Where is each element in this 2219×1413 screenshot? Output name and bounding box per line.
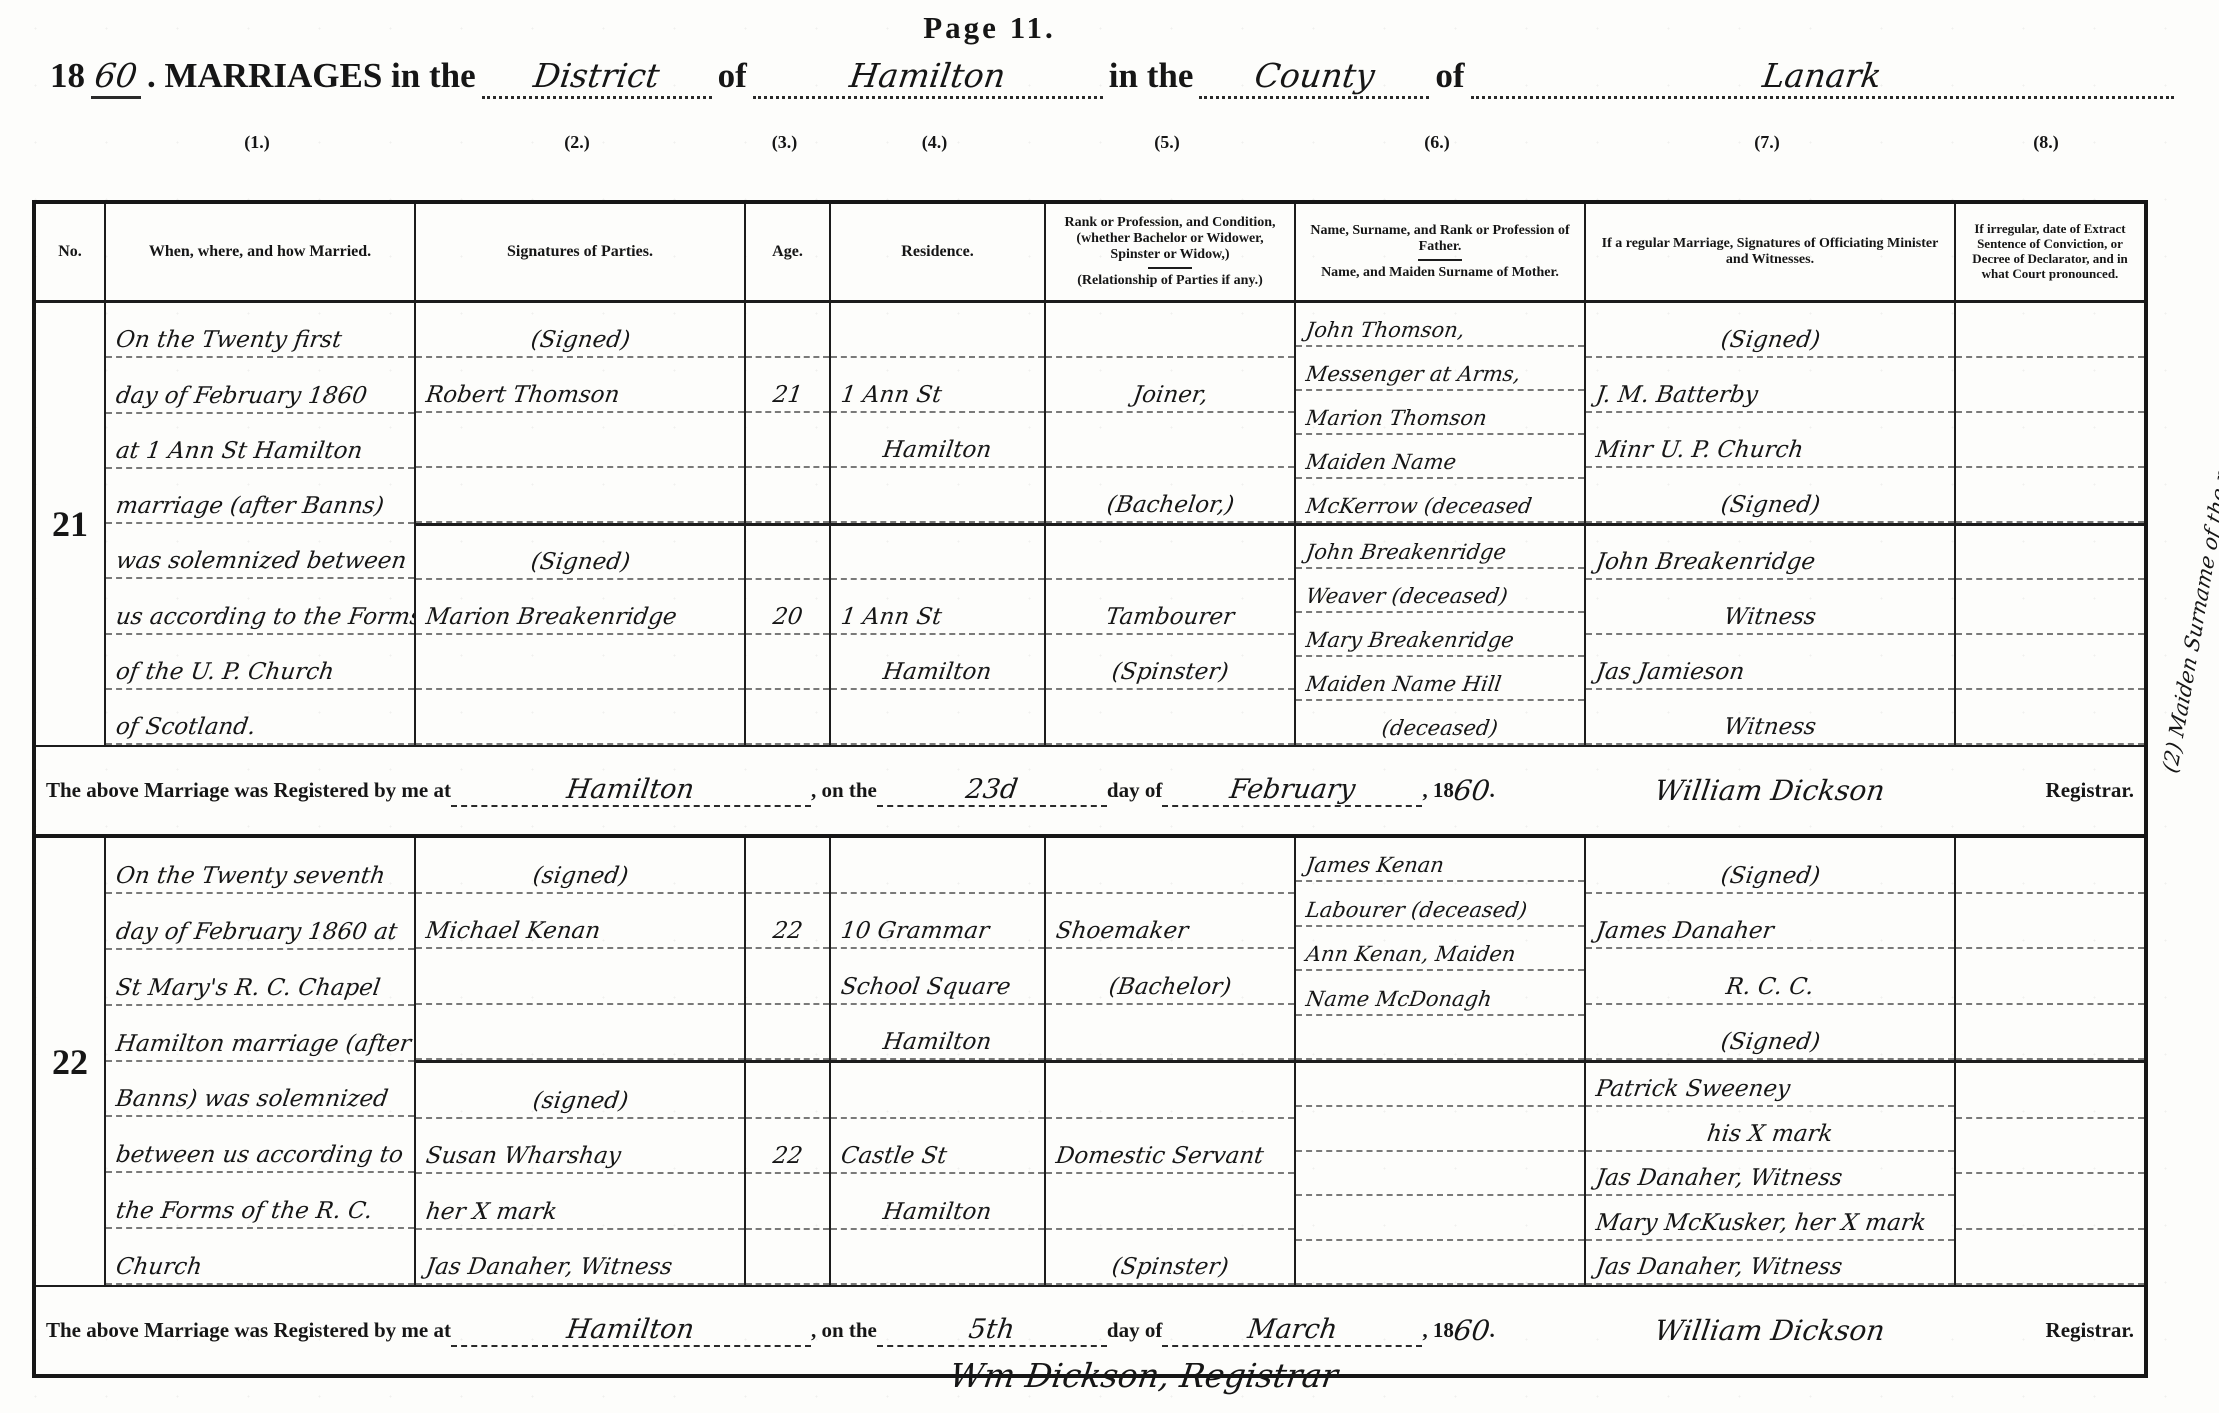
- ruled-line: 21: [746, 358, 829, 413]
- irregular-group: [1956, 523, 2144, 746]
- ruled-line: [1956, 1230, 2144, 1286]
- ruled-line: [1046, 690, 1294, 745]
- irregular-group: [1956, 1060, 2144, 1285]
- registrar-label: Registrar.: [2046, 778, 2134, 803]
- ruled-line: [746, 949, 829, 1005]
- ruled-line: (Signed): [416, 303, 744, 358]
- registered-year-prefix: , 18: [1422, 1318, 1454, 1343]
- signatures-cell: (signed) Michael Kenan (signed) Susan Wh…: [416, 838, 746, 1285]
- bride-age-group: 20: [746, 523, 829, 746]
- page-number-label: Page 11.: [0, 10, 1979, 46]
- groom-age-group: 22: [746, 838, 829, 1060]
- bride-rank-group: Tambourer (Spinster): [1046, 523, 1294, 746]
- title-year-handwritten: 60: [92, 56, 139, 95]
- registration-line-21: The above Marriage was Registered by me …: [36, 745, 2144, 838]
- ruled-line: the Forms of the R. C.: [106, 1173, 414, 1229]
- parents-cell: James Kenan Labourer (deceased) Ann Kena…: [1296, 838, 1586, 1285]
- ruled-line: [831, 303, 1044, 358]
- ruled-line: Hamilton: [831, 413, 1044, 468]
- title-county-name-handwritten: Lanark: [1760, 56, 1884, 95]
- header-residence: Residence.: [831, 204, 1046, 300]
- ruled-line: On the Twenty first: [106, 303, 414, 358]
- ruled-line: us according to the Forms: [106, 579, 414, 634]
- ruled-line: his X mark: [1586, 1107, 1954, 1151]
- ruled-line: [1956, 580, 2144, 635]
- title-marriages: . MARRIAGES in the: [141, 56, 482, 96]
- footer-registrar-signature: Wm Dickson, Registrar: [950, 1356, 1338, 1396]
- ruled-line: Castle St: [831, 1119, 1044, 1175]
- ruled-line: Hamilton: [831, 635, 1044, 690]
- ruled-line: (signed): [416, 1063, 744, 1119]
- ruled-line: [746, 468, 829, 523]
- registered-year-handwritten: 60: [1452, 1314, 1492, 1347]
- ruled-line: Witness: [1586, 580, 1954, 635]
- registered-day-handwritten: 23d: [964, 774, 1020, 805]
- registered-day-handwritten: 5th: [967, 1314, 1017, 1345]
- ruled-line: 22: [746, 1119, 829, 1175]
- ruled-line: was solemnized between: [106, 524, 414, 579]
- ruled-line: (Signed): [1586, 1005, 1954, 1061]
- ruled-line: [416, 635, 744, 690]
- colnum-7: (7.): [1582, 132, 1952, 153]
- ruled-line: Mary Breakenridge: [1296, 613, 1584, 657]
- registered-year-prefix: , 18: [1422, 778, 1454, 803]
- ruled-line: Hamilton marriage (after: [106, 1006, 414, 1062]
- ruled-line: Jas Jamieson: [1586, 635, 1954, 690]
- ruled-line: [831, 690, 1044, 745]
- ruled-line: Michael Kenan: [416, 894, 744, 950]
- ruled-line: [1046, 526, 1294, 581]
- residence-cell: 10 Grammar School Square Hamilton Castle…: [831, 838, 1046, 1285]
- title-year-prefix: 18: [44, 56, 91, 96]
- header-signatures: Signatures of Parties.: [416, 204, 746, 300]
- marriage-register-table: No. When, where, and how Married. Signat…: [32, 200, 2148, 1378]
- ruled-line: (signed): [416, 838, 744, 894]
- header-irregular: If irregular, date of Extract Sentence o…: [1956, 204, 2144, 300]
- minister-witnesses-cell: (Signed) James Danaher R. C. C. (Signed)…: [1586, 838, 1956, 1285]
- irregular-group: [1956, 303, 2144, 523]
- ruled-line: James Danaher: [1586, 894, 1954, 950]
- ruled-line: [1296, 1241, 1584, 1285]
- registered-place-handwritten: Hamilton: [565, 1314, 696, 1345]
- irregular-cell: [1956, 838, 2144, 1285]
- ruled-line: [1956, 413, 2144, 468]
- ruled-line: at 1 Ann St Hamilton: [106, 414, 414, 469]
- entry-row-22: 22 On the Twenty seventh day of February…: [36, 838, 2144, 1285]
- ruled-line: McKerrow (deceased: [1296, 479, 1584, 523]
- bride-parents-group: John Breakenridge Weaver (deceased) Mary…: [1296, 523, 1584, 746]
- colnum-5: (5.): [1042, 132, 1292, 153]
- ruled-line: [1956, 949, 2144, 1005]
- ruled-line: [831, 838, 1044, 894]
- title-district-handwritten: District: [531, 56, 662, 95]
- irregular-group: [1956, 838, 2144, 1060]
- ruled-line: Domestic Servant: [1046, 1119, 1294, 1175]
- colnum-1: (1.): [102, 132, 412, 153]
- ruled-line: [1296, 1063, 1584, 1107]
- ruled-line: Tambourer: [1046, 580, 1294, 635]
- ruled-line: [1296, 1196, 1584, 1240]
- ruled-line: Susan Wharshay: [416, 1119, 744, 1175]
- ruled-line: 22: [746, 894, 829, 950]
- ruled-line: [1046, 1063, 1294, 1119]
- rank-profession-cell: Joiner, (Bachelor,) Tambourer (Spinster): [1046, 303, 1296, 745]
- header-rank: Rank or Profession, and Condition, (whet…: [1046, 204, 1296, 300]
- ruled-line: J. M. Batterby: [1586, 358, 1954, 413]
- ruled-line: Maiden Name Hill: [1296, 657, 1584, 701]
- ruled-line: (Signed): [1586, 838, 1954, 894]
- ruled-line: between us according to: [106, 1117, 414, 1173]
- ruled-line: School Square: [831, 949, 1044, 1005]
- ruled-line: 10 Grammar: [831, 894, 1044, 950]
- witnesses-group: John Breakenridge Witness Jas Jamieson W…: [1586, 523, 1954, 746]
- registered-month-handwritten: March: [1246, 1314, 1340, 1345]
- ruled-line: [416, 413, 744, 468]
- header-when: When, where, and how Married.: [106, 204, 416, 300]
- colnum-spacer: [32, 132, 102, 153]
- ruled-line: Hamilton: [831, 1174, 1044, 1230]
- margin-annotation: (2) Maiden Surname of the mother Watt: [2158, 349, 2219, 774]
- ruled-line: Marion Breakenridge: [416, 580, 744, 635]
- ruled-line: John Thomson,: [1296, 303, 1584, 347]
- ruled-line: Messenger at Arms,: [1296, 347, 1584, 391]
- groom-residence-group: 1 Ann St Hamilton: [831, 303, 1044, 523]
- ruled-line: [746, 1230, 829, 1286]
- ruled-line: [1956, 838, 2144, 894]
- ruled-line: [1296, 1016, 1584, 1060]
- bride-rank-group: Domestic Servant (Spinster): [1046, 1060, 1294, 1285]
- when-where-cell: On the Twenty seventh day of February 18…: [106, 838, 416, 1285]
- parents-cell: John Thomson, Messenger at Arms, Marion …: [1296, 303, 1586, 745]
- header-parents: Name, Surname, and Rank or Profession of…: [1296, 204, 1586, 300]
- ruled-line: [1046, 303, 1294, 358]
- bride-signature-group: (signed) Susan Wharshay her X mark Jas D…: [416, 1060, 744, 1285]
- ruled-line: [746, 1005, 829, 1061]
- ruled-line: [831, 1063, 1044, 1119]
- ruled-line: [416, 690, 744, 745]
- ruled-line: [1956, 303, 2144, 358]
- ruled-line: Name McDonagh: [1296, 971, 1584, 1015]
- ruled-line: Weaver (deceased): [1296, 569, 1584, 613]
- ruled-line: (Signed): [1586, 468, 1954, 523]
- ruled-line: Hamilton: [831, 1005, 1044, 1061]
- ruled-line: (Bachelor,): [1046, 468, 1294, 523]
- ruled-line: day of February 1860 at: [106, 894, 414, 950]
- registrar-signature-handwritten: William Dickson: [1653, 774, 1887, 807]
- ruled-line: Minr U. P. Church: [1586, 413, 1954, 468]
- registered-prefix: The above Marriage was Registered by me …: [46, 778, 451, 803]
- minister-group: (Signed) James Danaher R. C. C. (Signed): [1586, 838, 1954, 1060]
- ruled-line: Jas Danaher, Witness: [416, 1230, 744, 1286]
- ruled-line: [1956, 468, 2144, 523]
- bride-residence-group: 1 Ann St Hamilton: [831, 523, 1044, 746]
- ruled-line: [416, 1005, 744, 1061]
- ruled-line: Jas Danaher, Witness: [1586, 1241, 1954, 1285]
- registered-year-handwritten: 60: [1452, 774, 1492, 807]
- column-number-row: (1.) (2.) (3.) (4.) (5.) (6.) (7.) (8.): [32, 132, 2140, 153]
- ruled-line: [1046, 1174, 1294, 1230]
- title-place-handwritten: Hamilton: [847, 56, 1008, 95]
- registrar-label: Registrar.: [2046, 1318, 2134, 1343]
- ruled-line: [831, 468, 1044, 523]
- ruled-line: 1 Ann St: [831, 580, 1044, 635]
- bride-residence-group: Castle St Hamilton: [831, 1060, 1044, 1285]
- ruled-line: 20: [746, 580, 829, 635]
- ruled-line: Maiden Name: [1296, 435, 1584, 479]
- ruled-line: [1956, 1119, 2144, 1175]
- ruled-line: Shoemaker: [1046, 894, 1294, 950]
- ruled-line: St Mary's R. C. Chapel: [106, 950, 414, 1006]
- ruled-line: [831, 1230, 1044, 1286]
- groom-age-group: 21: [746, 303, 829, 523]
- groom-parents-group: John Thomson, Messenger at Arms, Marion …: [1296, 303, 1584, 523]
- groom-rank-group: Shoemaker (Bachelor): [1046, 838, 1294, 1060]
- ruled-line: [1956, 894, 2144, 950]
- ruled-line: marriage (after Banns): [106, 469, 414, 524]
- ruled-line: Robert Thomson: [416, 358, 744, 413]
- header-divider-dash: [1148, 267, 1192, 269]
- residence-cell: 1 Ann St Hamilton 1 Ann St Hamilton: [831, 303, 1046, 745]
- groom-residence-group: 10 Grammar School Square Hamilton: [831, 838, 1044, 1060]
- ruled-line: of the U. P. Church: [106, 635, 414, 690]
- ruled-line: [416, 949, 744, 1005]
- ruled-line: [746, 1174, 829, 1230]
- ruled-line: Church: [106, 1229, 414, 1285]
- colnum-6: (6.): [1292, 132, 1582, 153]
- ruled-line: [746, 838, 829, 894]
- page-title: 18 60 . MARRIAGES in the District of Ham…: [44, 56, 2174, 99]
- ruled-line: Labourer (deceased): [1296, 882, 1584, 926]
- minister-witnesses-cell: (Signed) J. M. Batterby Minr U. P. Churc…: [1586, 303, 1956, 745]
- title-in-the: in the: [1103, 56, 1200, 96]
- registered-on-the: , on the: [811, 1318, 877, 1343]
- colnum-2: (2.): [412, 132, 742, 153]
- table-header-row: No. When, where, and how Married. Signat…: [36, 204, 2144, 303]
- ruled-line: Mary McKusker, her X mark: [1586, 1196, 1954, 1240]
- registrar-signature-handwritten: William Dickson: [1653, 1314, 1887, 1347]
- ruled-line: [1046, 413, 1294, 468]
- entry-number: 21: [36, 303, 106, 745]
- bride-parents-group: [1296, 1060, 1584, 1285]
- ruled-line: [831, 526, 1044, 581]
- registered-place-handwritten: Hamilton: [565, 774, 696, 805]
- registered-prefix: The above Marriage was Registered by me …: [46, 1318, 451, 1343]
- ruled-line: John Breakenridge: [1586, 526, 1954, 581]
- title-of-2: of: [1429, 56, 1470, 96]
- rank-profession-cell: Shoemaker (Bachelor) Domestic Servant (S…: [1046, 838, 1296, 1285]
- ruled-line: [746, 526, 829, 581]
- age-cell: 22 22: [746, 838, 831, 1285]
- colnum-4: (4.): [827, 132, 1042, 153]
- ruled-line: her X mark: [416, 1174, 744, 1230]
- colnum-3: (3.): [742, 132, 827, 153]
- ruled-line: (Signed): [1586, 303, 1954, 358]
- when-where-cell: On the Twenty first day of February 1860…: [106, 303, 416, 745]
- bride-age-group: 22: [746, 1060, 829, 1285]
- header-minister: If a regular Marriage, Signatures of Off…: [1586, 204, 1956, 300]
- ruled-line: (Spinster): [1046, 1230, 1294, 1286]
- ruled-line: Banns) was solemnized: [106, 1062, 414, 1118]
- entry-row-21: 21 On the Twenty first day of February 1…: [36, 303, 2144, 745]
- ruled-line: [746, 1063, 829, 1119]
- ruled-line: [1296, 1107, 1584, 1151]
- groom-signature-group: (Signed) Robert Thomson: [416, 303, 744, 523]
- register-page: Page 11. 18 60 . MARRIAGES in the Distri…: [0, 0, 2219, 1413]
- ruled-line: Marion Thomson: [1296, 391, 1584, 435]
- ruled-line: [746, 690, 829, 745]
- ruled-line: Witness: [1586, 690, 1954, 745]
- ruled-line: [1296, 1152, 1584, 1196]
- registered-month-handwritten: February: [1228, 774, 1357, 805]
- groom-rank-group: Joiner, (Bachelor,): [1046, 303, 1294, 523]
- ruled-line: Jas Danaher, Witness: [1586, 1152, 1954, 1196]
- groom-signature-group: (signed) Michael Kenan: [416, 838, 744, 1060]
- ruled-line: R. C. C.: [1586, 949, 1954, 1005]
- ruled-line: (deceased): [1296, 701, 1584, 745]
- ruled-line: (Spinster): [1046, 635, 1294, 690]
- ruled-line: (Signed): [416, 526, 744, 581]
- registered-day-of: day of: [1107, 778, 1162, 803]
- entry-number: 22: [36, 838, 106, 1285]
- age-cell: 21 20: [746, 303, 831, 745]
- ruled-line: [1956, 1005, 2144, 1061]
- ruled-line: 1 Ann St: [831, 358, 1044, 413]
- ruled-line: [1956, 635, 2144, 690]
- ruled-line: Patrick Sweeney: [1586, 1063, 1954, 1107]
- ruled-line: [1046, 1005, 1294, 1061]
- ruled-line: [1956, 526, 2144, 581]
- ruled-line: (Bachelor): [1046, 949, 1294, 1005]
- ruled-line: day of February 1860: [106, 358, 414, 413]
- bride-signature-group: (Signed) Marion Breakenridge: [416, 523, 744, 746]
- ruled-line: Ann Kenan, Maiden: [1296, 927, 1584, 971]
- witnesses-group: Patrick Sweeney his X mark Jas Danaher, …: [1586, 1060, 1954, 1285]
- signatures-cell: (Signed) Robert Thomson (Signed) Marion …: [416, 303, 746, 745]
- ruled-line: [746, 635, 829, 690]
- ruled-line: Joiner,: [1046, 358, 1294, 413]
- irregular-cell: [1956, 303, 2144, 745]
- ruled-line: of Scotland.: [106, 690, 414, 745]
- registered-day-of: day of: [1107, 1318, 1162, 1343]
- colnum-8: (8.): [1952, 132, 2140, 153]
- title-county-handwritten: County: [1252, 56, 1377, 95]
- ruled-line: [746, 413, 829, 468]
- ruled-line: James Kenan: [1296, 838, 1584, 882]
- registered-on-the: , on the: [811, 778, 877, 803]
- groom-parents-group: James Kenan Labourer (deceased) Ann Kena…: [1296, 838, 1584, 1060]
- header-divider-dash: [1418, 259, 1462, 261]
- ruled-line: [416, 468, 744, 523]
- ruled-line: [1956, 1174, 2144, 1230]
- header-age: Age.: [746, 204, 831, 300]
- title-of-1: of: [712, 56, 753, 96]
- ruled-line: John Breakenridge: [1296, 526, 1584, 570]
- ruled-line: [1046, 838, 1294, 894]
- minister-group: (Signed) J. M. Batterby Minr U. P. Churc…: [1586, 303, 1954, 523]
- ruled-line: [1956, 690, 2144, 745]
- ruled-line: [1956, 358, 2144, 413]
- ruled-line: On the Twenty seventh: [106, 838, 414, 894]
- header-no: No.: [36, 204, 106, 300]
- ruled-line: [746, 303, 829, 358]
- ruled-line: [1956, 1063, 2144, 1119]
